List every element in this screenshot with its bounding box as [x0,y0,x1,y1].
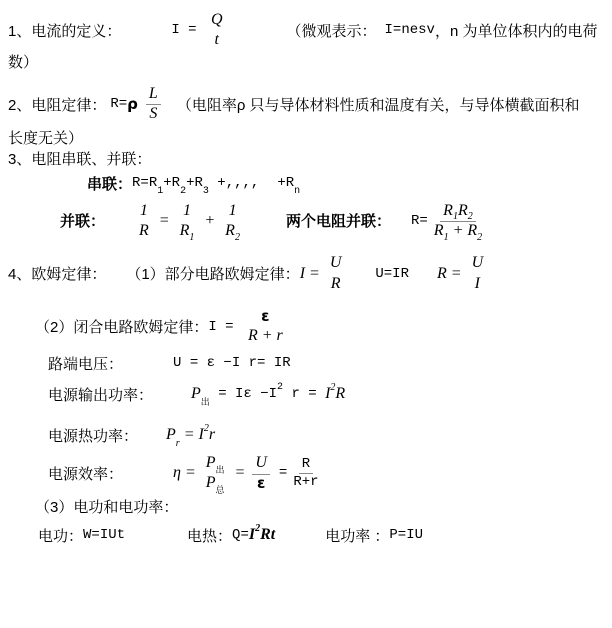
fraction-denominator: I [472,275,483,293]
fraction-denominator: R2 [222,222,243,240]
text-run: P=IU [389,527,423,543]
text-run: +R [186,175,203,191]
text-run: I = [300,265,324,283]
text-run: I [475,275,480,293]
line-efficiency: 电源效率：η = P出P总 = Uε=RR+r [48,454,612,493]
text-run: U = ε −I r= IR [173,355,291,371]
fraction-numerator: R [299,456,313,474]
text-run: （2）闭合电路欧姆定律： [35,316,208,337]
text-run: 电源输出功率： [48,384,153,405]
subscript: 出 [201,395,210,408]
spacer [138,435,166,436]
subscript: r [176,438,180,449]
line-series-formula: 串联：R=R1+R2+R3 +,,,,+Rn [87,173,612,194]
text-run: 1 [229,202,237,220]
fraction-numerator: 1 [226,202,240,222]
subscript: 1 [189,232,194,244]
spacer [229,30,287,31]
text-run: （3）电功和电功率： [35,496,178,517]
spacer [409,273,437,274]
text-run: R [180,222,190,240]
text-run: ，n 为单位体积内的电荷 [435,20,598,41]
fraction-numerator: 1 [137,202,151,222]
line-work-power-header: （3）电功和电功率： [35,496,612,517]
text-run: = [155,212,174,230]
line-terminal-voltage: 路端电压：U = ε −I r= IR [48,353,612,374]
text-run: R = [437,265,466,283]
fraction-denominator: R+r [290,474,321,490]
text-run: （微观表示： [287,20,377,41]
text-run: 路端电压： [48,353,123,374]
line-work-power-formulas: 电功：W=IUt电热：Q=I2Rt电功率 ：P=IU [38,525,612,546]
subscript: 总 [216,485,225,495]
fraction-numerator: U [252,454,270,474]
text-run: P [191,385,201,403]
spacer [391,220,411,221]
text-run: 1 [140,202,148,220]
text-run: + [200,212,219,230]
line-heat-power: 电源热功率：Pr = I2r [48,425,612,446]
fraction-denominator: P总 [203,474,228,492]
fraction-numerator: L [146,85,161,105]
subscript: 2 [468,211,473,223]
text-run: S [149,105,157,123]
text-run: + [258,327,277,345]
text-run: r [277,327,283,345]
text-run: 1、电流的定义： [8,20,121,41]
fraction: 1R2 [222,202,243,241]
line-series-parallel-header: 3、电阻串联、并联： [8,148,612,169]
text-run: 4、欧姆定律： [8,263,106,284]
line-current-definition: 1、电流的定义：I = Qt（微观表示：I=nesv，n 为单位体积内的电荷 [8,11,612,50]
fraction: P出P总 [203,454,228,493]
subscript: 1 [157,186,163,197]
spacer [138,104,143,105]
fraction-denominator: ε [254,475,268,492]
text-run: + [449,222,468,240]
text-run: I = [171,22,205,38]
spacer [275,535,325,536]
fraction: UR [327,254,345,293]
text-run: R [443,202,453,220]
text-run: R [248,327,258,345]
text-run: U [472,254,484,272]
text-run: U [330,254,342,272]
text-run: 电源热功率： [48,425,138,446]
spacer [121,30,171,31]
text-run: +R [277,175,294,191]
text-run: η = [173,464,200,482]
text-run: 两个电阻并联： [286,210,391,231]
fraction-denominator: R1 [177,222,198,240]
fraction-numerator: P出 [203,454,228,474]
text-run: Q= [232,527,249,543]
text-run: ε [261,308,269,325]
text-run: 并联： [60,210,105,231]
text-run: P [206,474,216,492]
text-run: +,,,, [209,175,259,191]
subscript: 1 [444,232,449,244]
spacer [246,220,286,221]
text-run: L [149,85,158,103]
superscript: 2 [204,423,209,434]
text-run: 长度无关） [8,127,83,148]
text-run: 串联： [87,173,132,194]
text-run: I = [208,319,242,335]
subscript: 出 [216,465,225,475]
text-run: R=R [132,175,157,191]
fraction-denominator: t [212,31,222,49]
text-run: 3、电阻串联、并联： [8,148,151,169]
text-run: I=nesv [385,22,435,38]
spacer [123,473,173,474]
text-run: +R [163,175,180,191]
text-run: U=IR [375,266,409,282]
text-run: R [302,456,310,472]
text-run: P [206,454,216,472]
fraction-numerator: ε [258,308,272,327]
text-run: 电源效率： [48,463,123,484]
fraction-numerator: 1 [180,202,194,222]
spacer [106,273,126,274]
text-run: 电功： [38,525,83,546]
text-run: 数） [8,51,38,72]
text-run: = Iε −I [210,386,277,402]
fraction: εR + r [245,308,286,346]
text-run: （电阻率ρ 只与导体材料性质和温度有关，与导体横截面积和 [177,94,580,115]
line-wrap-shu: 数） [8,51,612,72]
spacer [347,273,375,274]
text-run: R= [411,213,428,229]
text-run: ε [257,475,265,492]
text-run: 2、电阻定律： [8,94,106,115]
spacer [125,535,187,536]
line-resistance-law: 2、电阻定律：R=ρLS（电阻率ρ 只与导体材料性质和温度有关，与导体横截面积和 [8,85,612,124]
fraction-numerator: U [469,254,487,274]
text-run: t [215,31,219,49]
fraction-denominator: S [146,105,160,123]
fraction: 1R [136,202,152,241]
line-closed-circuit-ohm: （2）闭合电路欧姆定律：I = εR + r [35,308,612,346]
text-run: R [467,222,477,240]
line-ohm-law: 4、欧姆定律：（1）部分电路欧姆定律：I = URU=IRR = UI [8,254,612,293]
text-run: r = [283,386,325,402]
fraction-numerator: Q [208,11,226,31]
fraction-denominator: R + r [245,327,286,345]
text-run: R [331,275,341,293]
fraction-numerator: U [327,254,345,274]
spacer [377,30,385,31]
subscript: 1 [453,211,458,223]
spacer [164,104,177,105]
text-run: = [231,464,250,482]
line-output-power: 电源输出功率：P出 = Iε −I2 r = I2R [48,384,612,405]
subscript: 3 [203,186,209,197]
text-run: R [225,222,235,240]
fraction: Uε [252,454,270,492]
text-run: R [458,202,468,220]
fraction-numerator: R1R2 [440,202,476,222]
text-run: R= [110,96,127,112]
text-run: （1）部分电路欧姆定律： [126,263,299,284]
fraction-denominator: R [136,222,152,240]
line-parallel-formula: 并联：1R = 1R1 + 1R2两个电阻并联：R=R1R2R1 + R2 [60,202,612,241]
subscript: 2 [477,232,482,244]
fraction-denominator: R [328,275,344,293]
text-run: W=IUt [83,527,125,543]
text-run: r [209,426,215,444]
spacer [259,183,277,184]
spacer [105,220,133,221]
text-run: Rt [260,526,275,544]
text-run: Q [211,11,223,29]
document-page: 1、电流的定义：I = Qt（微观表示：I=nesv，n 为单位体积内的电荷数）… [0,0,612,546]
fraction: Qt [208,11,226,50]
subscript: n [294,186,300,197]
text-run: 电热： [187,525,232,546]
text-run: 电功率 ： [325,525,389,546]
fraction: UI [469,254,487,293]
text-run: = [180,426,199,444]
text-run: P [166,426,176,444]
text-run: R [335,385,345,403]
subscript: 2 [235,232,240,244]
text-run: R+r [293,474,318,490]
line-wrap-changdu: 长度无关） [8,127,612,148]
text-run: R [434,222,444,240]
superscript: 2 [255,523,260,534]
spacer [123,363,173,364]
fraction: 1R1 [177,202,198,241]
fraction: R1R2R1 + R2 [431,202,485,241]
spacer [153,394,191,395]
fraction-denominator: R1 + R2 [431,222,485,240]
text-run: = [279,465,287,481]
superscript: 2 [277,382,283,393]
superscript: 2 [330,382,335,393]
text-run: U [255,454,267,472]
subscript: 2 [180,186,186,197]
fraction: RR+r [290,456,321,490]
text-run: R [139,222,149,240]
text-run: 1 [183,202,191,220]
fraction: LS [146,85,161,124]
text-run: ρ [127,95,138,113]
